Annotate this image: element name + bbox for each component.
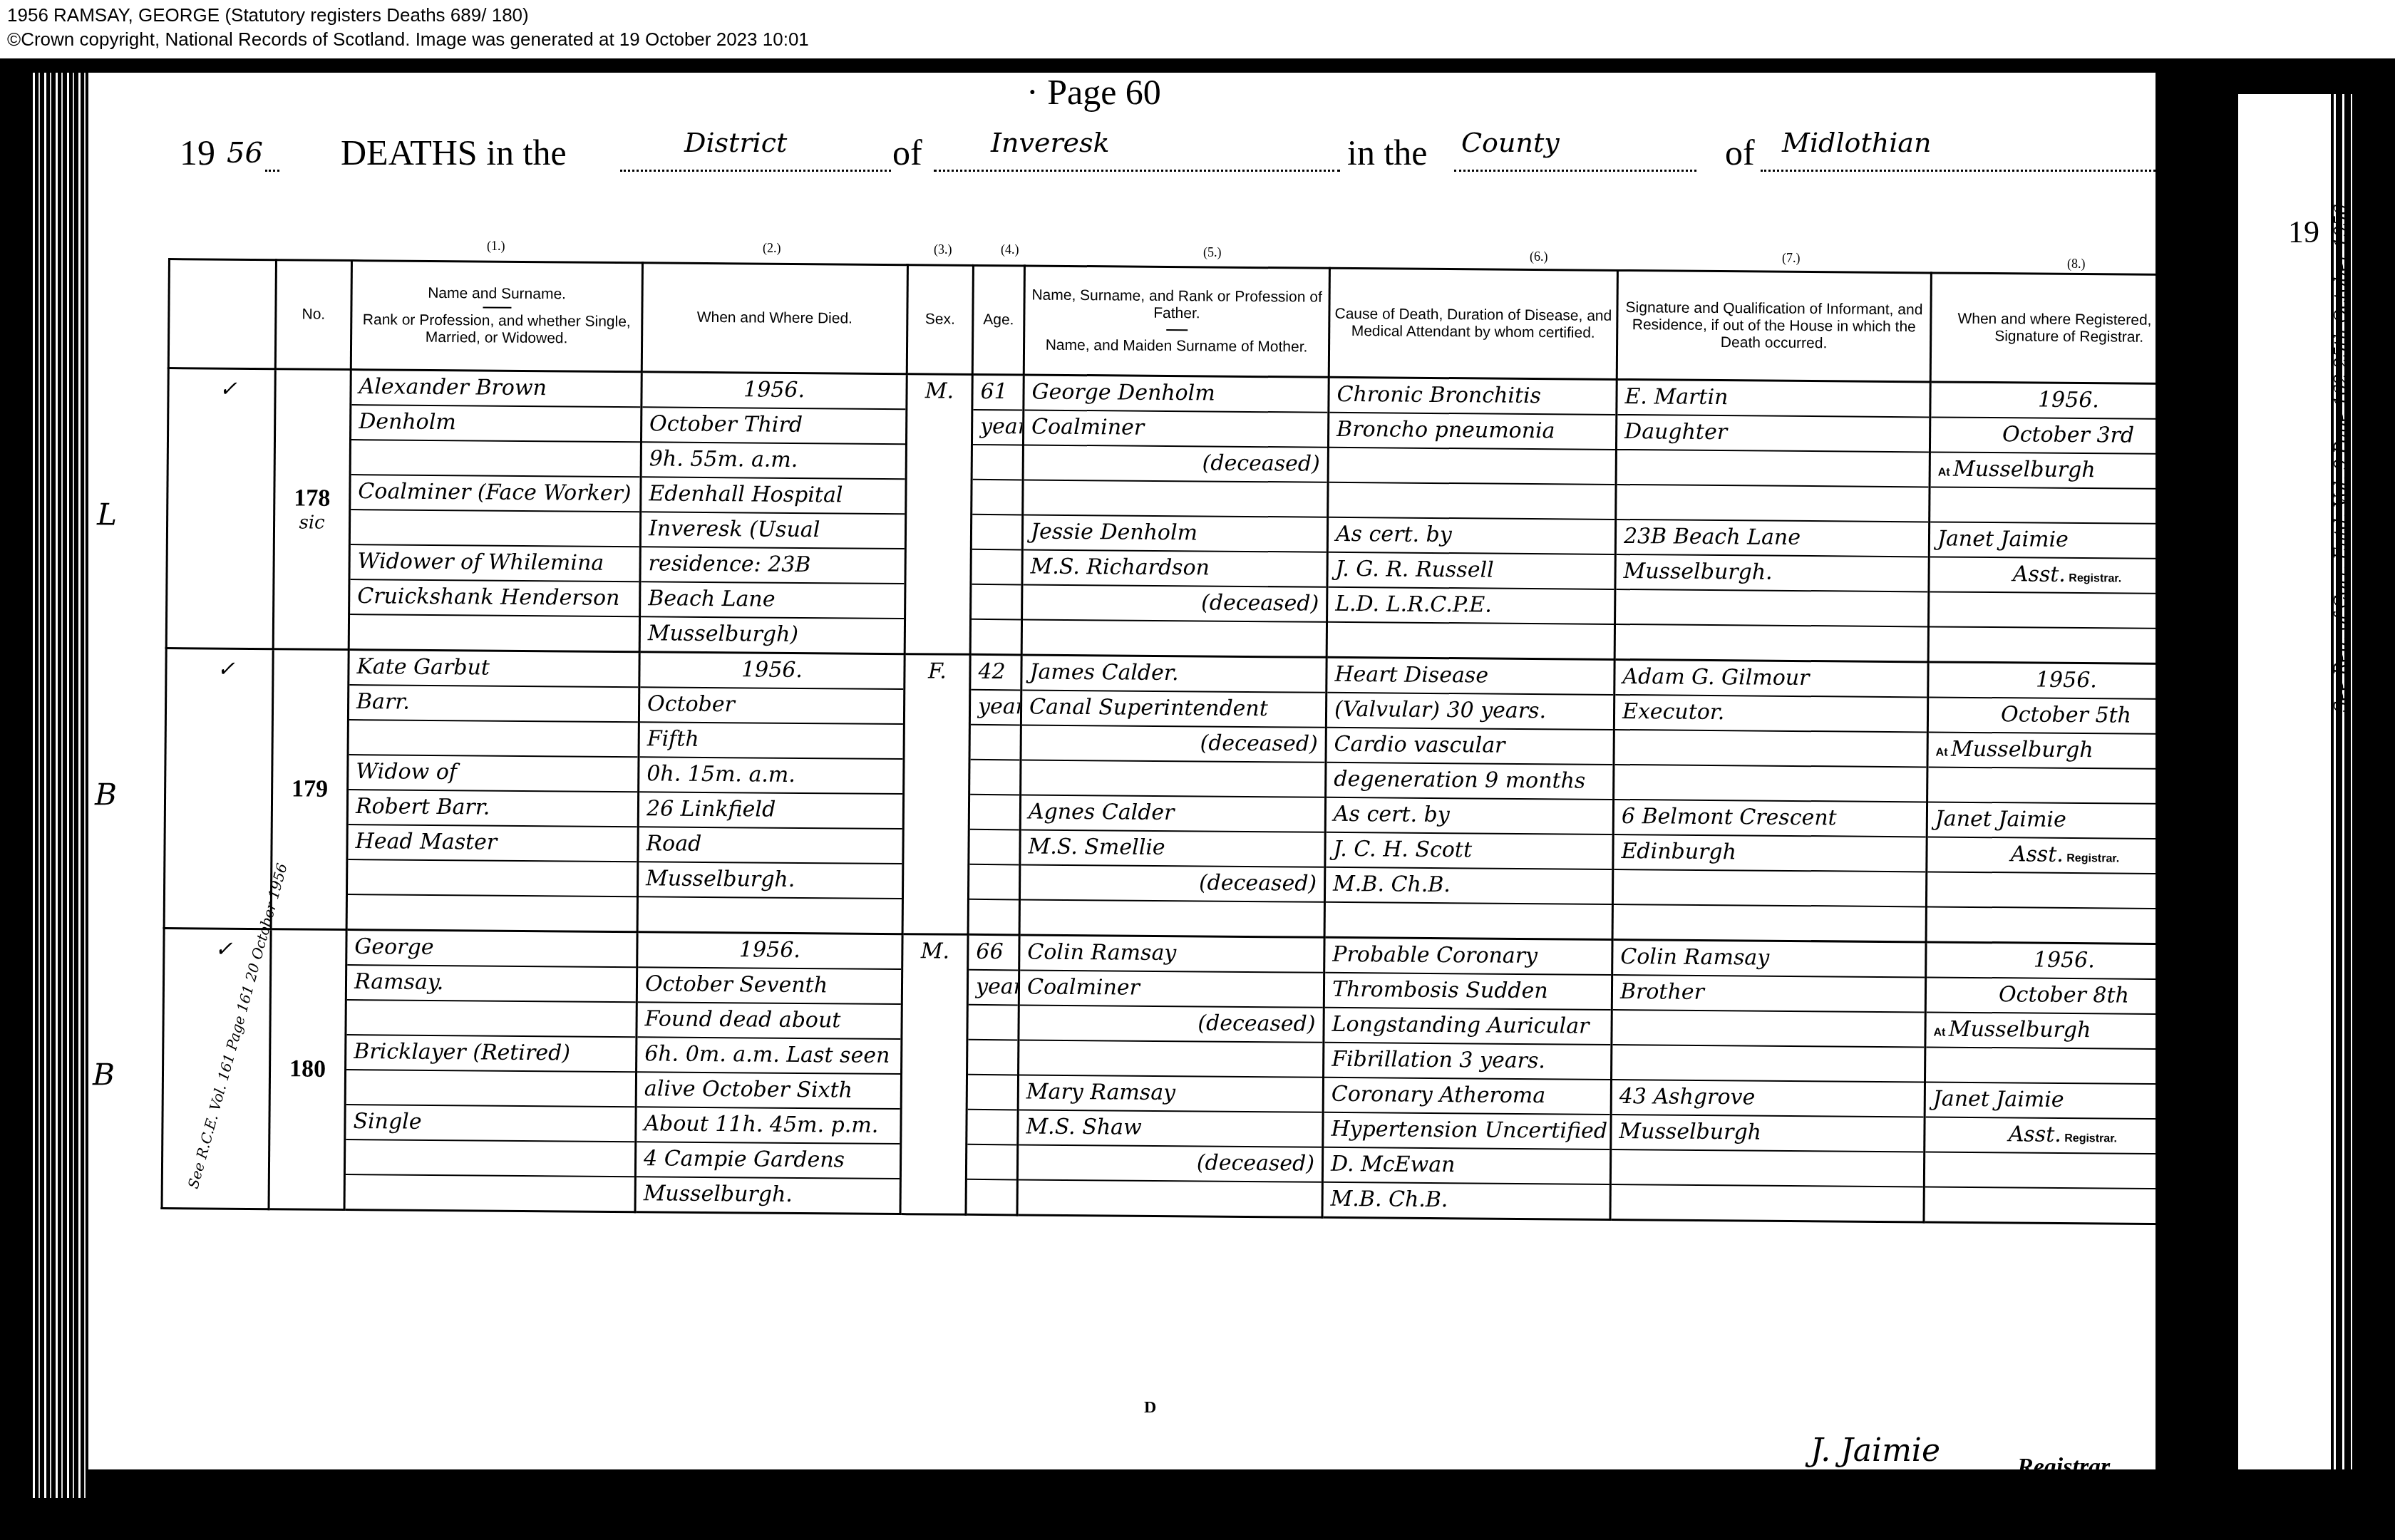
registered-line: October 5th: [1929, 698, 2203, 735]
age-line: [969, 865, 1019, 901]
registered-line: [1925, 1187, 2199, 1223]
name-line: [351, 510, 639, 547]
registered-line: At Musselburgh: [1931, 453, 2205, 490]
header-parents: Name, Surname, and Rank or Profession of…: [1024, 266, 1329, 377]
informant-line: Musselburgh.: [1616, 555, 1927, 592]
when-where-cell: 1956.October Third9h. 55m. a.m.Edenhall …: [639, 372, 907, 654]
cause-cell: Chronic BronchitisBroncho pneumoniaAs ce…: [1327, 377, 1617, 659]
age-line: years.: [969, 971, 1018, 1006]
informant-line: [1616, 590, 1927, 627]
header-name: Name and Surname.Rank or Profession, and…: [351, 261, 642, 372]
when-where-line: October Seventh: [638, 968, 901, 1005]
age-line: [969, 830, 1019, 866]
when-where-line: October: [640, 688, 903, 725]
page-number: · Page 60: [1026, 71, 1161, 113]
next-page-strip: [2238, 94, 2331, 1469]
registered-line: 1956.: [1929, 663, 2203, 700]
when-where-line: Musselburgh.: [639, 862, 902, 899]
registered-cell: 1956.October 8thAt MusselburghJanet Jaim…: [1924, 942, 2203, 1224]
informant-line: [1617, 450, 1929, 487]
when-where-line: October Third: [642, 408, 905, 445]
registered-line: [1926, 1048, 2200, 1085]
informant-line: [1616, 625, 1927, 661]
parents-line: [1019, 1180, 1322, 1216]
name-cell: Kate GarbutBarr.Widow ofRobert Barr.Head…: [346, 650, 639, 932]
when-where-cell: 1956.OctoberFifth0h. 15m. a.m.26 Linkfie…: [637, 652, 905, 934]
age-line: [967, 1110, 1016, 1146]
informant-line: Edinburgh: [1614, 835, 1925, 872]
age-line: [968, 1040, 1017, 1076]
parents-line: (deceased): [1021, 725, 1324, 763]
informant-cell: Adam G. GilmourExecutor.6 Belmont Cresce…: [1612, 659, 1928, 941]
cause-line: Cardio vascular: [1327, 728, 1612, 765]
margin-initial: B: [93, 1057, 115, 1092]
header-when-where: When and Where Died.: [642, 263, 907, 374]
age-line: [972, 515, 1021, 551]
registered-line: October 8th: [1927, 978, 2201, 1015]
when-where-line: Found dead about: [637, 1003, 900, 1040]
cause-line: [1329, 448, 1615, 485]
age-line: [967, 1180, 1016, 1214]
name-line: Robert Barr.: [349, 790, 637, 827]
when-where-line: 1956.: [638, 933, 901, 970]
parents-line: [1019, 1040, 1322, 1078]
registered-line: [1927, 907, 2202, 943]
sex-cell: M.: [900, 934, 968, 1215]
header-cause: Cause of Death, Duration of Disease, and…: [1329, 268, 1617, 379]
age-line: [972, 585, 1021, 621]
when-where-line: 26 Linkfield: [639, 792, 902, 830]
entry-number: 178 sic: [273, 369, 351, 650]
age-line: years.: [971, 691, 1020, 726]
page-edge-left: [29, 73, 86, 1498]
of-label: of: [892, 132, 922, 173]
dotted-rule: [265, 170, 279, 172]
name-line: [346, 1070, 635, 1107]
registrar-label: Registrar.: [2017, 1454, 2115, 1481]
age-line: [972, 480, 1021, 516]
name-line: [351, 440, 640, 477]
informant-line: Executor.: [1615, 696, 1927, 733]
cause-cell: Heart Disease(Valvular) 30 years.Cardio …: [1324, 657, 1614, 939]
registered-line: 1956.: [1931, 383, 2205, 420]
name-line: [349, 720, 638, 758]
when-where-line: residence: 23B: [641, 547, 904, 584]
registered-line: At Musselburgh: [1928, 733, 2203, 770]
sic-note: sic: [275, 512, 349, 534]
registered-line: [1927, 872, 2202, 909]
deaths-heading: DEATHS in the: [341, 132, 567, 173]
parents-line: Mary Ramsay: [1019, 1075, 1322, 1112]
registered-line: October 3rd: [1931, 418, 2205, 455]
registered-line: 1956.: [1927, 943, 2201, 980]
name-cell: GeorgeRamsay.Bricklayer (Retired)Single: [344, 929, 637, 1211]
registered-line: At Musselburgh: [1926, 1013, 2200, 1050]
parents-line: James Calder.: [1022, 656, 1325, 693]
registered-line: [1930, 627, 2204, 663]
informant-line: 6 Belmont Crescent: [1614, 800, 1926, 837]
name-line: [346, 1140, 634, 1177]
informant-line: [1617, 485, 1928, 522]
cause-line: Thrombosis Sudden: [1325, 973, 1611, 1011]
parents-line: George Denholm: [1024, 376, 1327, 413]
age-line: [970, 725, 1019, 761]
name-line: Widower of Whilemina: [350, 545, 639, 582]
registered-line: Janet Jaimie: [1928, 802, 2203, 839]
age-line: 42: [971, 656, 1020, 691]
cause-line: M.B. Ch.B.: [1323, 1183, 1609, 1219]
name-line: [346, 1175, 634, 1211]
informant-line: Adam G. Gilmour: [1615, 661, 1927, 698]
informant-line: [1612, 1011, 1924, 1048]
informant-line: 23B Beach Lane: [1617, 520, 1928, 557]
cause-line: D. McEwan: [1324, 1148, 1609, 1185]
dotted-rule: [934, 170, 1340, 172]
margin-header: [168, 259, 276, 369]
age-line: [970, 760, 1019, 796]
cause-line: Fibrillation 3 years.: [1324, 1043, 1610, 1080]
of-label-2: of: [1725, 132, 1755, 173]
district-name: Inveresk: [991, 127, 1110, 158]
age-line: [969, 900, 1019, 934]
informant-line: [1614, 905, 1925, 941]
cause-line: Coronary Atheroma: [1324, 1078, 1610, 1115]
header-age: Age.: [972, 265, 1024, 375]
name-line: [350, 615, 639, 651]
record-title: 1956 RAMSAY, GEORGE (Statutory registers…: [7, 4, 529, 26]
parents-line: Jessie Denholm: [1024, 515, 1327, 552]
year-suffix: 56: [227, 137, 263, 170]
registered-line: [1930, 487, 2205, 524]
parents-line: Canal Superintendent: [1022, 691, 1325, 728]
when-where-line: 1956.: [640, 653, 903, 690]
parents-line: [1023, 620, 1326, 656]
name-line: Kate Garbut: [349, 651, 638, 688]
name-line: Bricklayer (Retired): [346, 1035, 635, 1073]
registered-line: [1930, 592, 2204, 629]
when-where-line: Musselburgh.: [637, 1177, 900, 1213]
copyright-notice: ©Crown copyright, National Records of Sc…: [7, 29, 809, 50]
when-where-line: 1956.: [642, 373, 905, 410]
deaths-register-table: No. Name and Surname.Rank or Profession,…: [161, 258, 2209, 1225]
informant-line: Musselburgh: [1612, 1115, 1923, 1152]
cause-line: [1329, 483, 1614, 520]
name-line: Alexander Brown: [351, 371, 640, 408]
sex-cell: F.: [902, 654, 970, 935]
parents-line: Colin Ramsay: [1020, 936, 1323, 973]
informant-line: Colin Ramsay: [1613, 941, 1925, 978]
when-where-cell: 1956.October SeventhFound dead about6h. …: [635, 932, 902, 1214]
right-margin-note: See Reg. of Corr. Entd. Vol. 9 Page 162 …: [2331, 204, 2351, 713]
cause-line: Broncho pneumonia: [1329, 413, 1615, 450]
registrar-signature: J. Jaimie: [1811, 1432, 1940, 1469]
registered-line: Asst. Registrar.: [1927, 837, 2202, 874]
age-line: 61: [973, 376, 1022, 411]
informant-cell: Colin RamsayBrother43 AshgroveMusselburg…: [1610, 939, 1926, 1221]
column-number: (3.): [934, 242, 952, 257]
informant-line: [1611, 1185, 1922, 1221]
parents-line: [1021, 760, 1324, 797]
name-line: Denholm: [351, 405, 640, 443]
column-number: (8.): [2067, 257, 2086, 272]
when-where-line: alive October Sixth: [637, 1073, 900, 1110]
parents-line: [1021, 900, 1324, 936]
name-line: Ramsay.: [347, 966, 636, 1003]
informant-line: Brother: [1613, 976, 1925, 1013]
informant-line: [1614, 765, 1926, 802]
parents-line: (deceased): [1019, 1006, 1322, 1043]
name-line: Barr.: [349, 686, 638, 723]
age-line: [968, 1006, 1017, 1041]
parents-line: Coalminer: [1024, 410, 1327, 448]
parents-line: (deceased): [1023, 585, 1326, 622]
header-registered: When and where Registered, and Signature…: [1930, 273, 2208, 384]
parents-line: M.S. Richardson: [1023, 550, 1326, 587]
age-cell: 42years.: [968, 654, 1021, 935]
check-mark-icon: ✓: [215, 937, 232, 962]
column-number: (2.): [763, 241, 781, 256]
registered-cell: 1956.October 5thAt MusselburghJanet Jaim…: [1926, 662, 2205, 944]
age-line: [972, 550, 1021, 586]
footer-letter: D: [1144, 1398, 1156, 1417]
when-where-line: Edenhall Hospital: [642, 477, 905, 515]
when-where-line: Inveresk (Usual: [642, 512, 905, 549]
cause-line: L.D. L.R.C.P.E.: [1328, 588, 1614, 625]
registrar-signature-line: [1468, 1477, 2017, 1479]
when-where-line: 9h. 55m. a.m.: [642, 443, 905, 480]
margin-cell: ✓ B See R.C.E. Vol. 161 Page 161 20 Octo…: [162, 928, 271, 1209]
cause-line: Hypertension Uncertified: [1324, 1113, 1609, 1150]
when-where-line: [639, 897, 902, 933]
margin-initial: L: [97, 497, 117, 532]
when-where-line: 4 Campie Gardens: [637, 1142, 900, 1179]
registered-line: Janet Jaimie: [1930, 522, 2205, 559]
margin-initial: B: [95, 777, 117, 812]
when-where-line: 0h. 15m. a.m.: [639, 758, 902, 795]
header-sex: Sex.: [907, 265, 973, 375]
header-no: No.: [275, 260, 351, 370]
registered-line: Asst. Registrar.: [1925, 1117, 2200, 1154]
age-line: [967, 1145, 1016, 1181]
registered-cell: 1956.October 3rdAt MusselburghJanet Jaim…: [1928, 382, 2207, 664]
age-line: [970, 795, 1019, 831]
when-where-line: Musselburgh): [641, 617, 904, 653]
margin-cell: ✓ B: [164, 648, 273, 929]
year-prefix: 19: [180, 132, 215, 173]
name-line: Head Master: [348, 825, 637, 862]
age-line: [968, 1075, 1017, 1111]
column-number: (5.): [1203, 245, 1222, 260]
check-mark-icon: ✓: [219, 377, 237, 402]
register-entry: ✓ B 179 Kate GarbutBarr.Widow ofRobert B…: [164, 648, 2205, 944]
sex-cell: M.: [905, 374, 972, 655]
name-cell: Alexander BrownDenholmCoalminer (Face Wo…: [349, 370, 642, 652]
name-line: Cruickshank Henderson: [350, 580, 639, 617]
cause-line: [1328, 623, 1614, 658]
registered-line: Asst. Registrar.: [1930, 557, 2204, 594]
parents-line: (deceased): [1021, 865, 1324, 902]
parents-cell: Colin RamsayCoalminer(deceased)Mary Rams…: [1017, 935, 1324, 1217]
header-informant: Signature and Qualification of Informant…: [1617, 270, 1931, 381]
column-number: (1.): [487, 239, 505, 254]
county-label: County: [1461, 127, 1560, 158]
informant-line: 43 Ashgrove: [1612, 1080, 1924, 1117]
age-cell: 61years.: [970, 374, 1024, 655]
register-entry: ✓ B See R.C.E. Vol. 161 Page 161 20 Octo…: [162, 928, 2203, 1224]
age-line: [972, 620, 1021, 654]
age-line: years.: [973, 410, 1022, 446]
informant-cell: E. MartinDaughter23B Beach LaneMusselbur…: [1614, 379, 1930, 661]
informant-line: [1614, 870, 1925, 907]
when-where-line: Road: [639, 827, 902, 864]
cause-line: Heart Disease: [1327, 658, 1613, 696]
cause-line: Longstanding Auricular: [1324, 1008, 1610, 1045]
parents-line: (deceased): [1019, 1145, 1322, 1182]
cause-line: Probable Coronary: [1325, 939, 1611, 976]
cause-line: As cert. by: [1329, 518, 1614, 555]
parents-line: M.S. Shaw: [1019, 1110, 1322, 1147]
cause-line: As cert. by: [1327, 798, 1612, 835]
column-number: (6.): [1530, 249, 1548, 264]
check-mark-icon: ✓: [217, 657, 235, 682]
name-line: [348, 895, 637, 931]
parents-cell: James Calder.Canal Superintendent(deceas…: [1019, 655, 1327, 937]
cause-line: [1326, 903, 1612, 939]
parents-line: Agnes Calder: [1021, 795, 1324, 832]
name-line: Coalminer (Face Worker): [351, 475, 639, 512]
county-name: Midlothian: [1782, 127, 1931, 158]
registered-line: Janet Jaimie: [1926, 1082, 2200, 1120]
cause-line: J. G. R. Russell: [1328, 553, 1614, 590]
when-where-line: About 11h. 45m. p.m.: [637, 1107, 900, 1144]
cause-line: Chronic Bronchitis: [1329, 378, 1615, 415]
parents-line: M.S. Smellie: [1021, 830, 1324, 867]
parents-line: (deceased): [1024, 445, 1327, 482]
age-line: 66: [969, 936, 1018, 971]
entry-number: 180: [269, 929, 346, 1210]
parents-cell: George DenholmCoalminer(deceased)Jessie …: [1021, 375, 1329, 657]
district-label: District: [684, 127, 787, 158]
cause-line: degeneration 9 months: [1327, 763, 1612, 800]
when-where-line: Fifth: [640, 723, 903, 760]
margin-cell: ✓ L: [166, 368, 275, 649]
name-line: George: [347, 931, 636, 968]
age-cell: 66years.: [966, 934, 1019, 1215]
age-line: [973, 445, 1022, 481]
dotted-rule: [620, 170, 891, 172]
cause-line: M.B. Ch.B.: [1326, 868, 1612, 905]
column-number: (4.): [1001, 242, 1019, 257]
binding-v-icon: [2160, 58, 2238, 151]
informant-line: [1612, 1150, 1923, 1187]
dotted-rule: [1454, 170, 1696, 172]
parents-line: [1024, 480, 1327, 517]
parents-line: Coalminer: [1020, 971, 1323, 1008]
name-line: [348, 860, 637, 897]
when-where-line: 6h. 0m. a.m. Last seen: [637, 1038, 900, 1075]
header-row: No. Name and Surname.Rank or Profession,…: [168, 259, 2208, 384]
next-page-year: 19: [2288, 214, 2319, 250]
name-line: Single: [346, 1105, 634, 1142]
cause-line: (Valvular) 30 years.: [1327, 693, 1613, 730]
register-entry: ✓ L 178 sic Alexander BrownDenholmCoalmi…: [166, 368, 2207, 664]
when-where-line: Beach Lane: [641, 582, 904, 619]
in-the-label: in the: [1347, 132, 1427, 173]
column-number: (7.): [1782, 251, 1801, 266]
name-line: [346, 1001, 635, 1038]
registered-line: [1928, 768, 2203, 805]
informant-line: [1614, 730, 1926, 768]
informant-line: E. Martin: [1617, 381, 1929, 418]
informant-line: [1612, 1045, 1924, 1082]
cause-cell: Probable CoronaryThrombosis SuddenLongst…: [1322, 937, 1612, 1219]
cause-line: J. C. H. Scott: [1326, 833, 1612, 870]
informant-line: Daughter: [1617, 415, 1929, 453]
registered-line: [1925, 1152, 2200, 1189]
name-line: Widow of: [349, 755, 637, 792]
dotted-rule: [1761, 170, 2203, 172]
